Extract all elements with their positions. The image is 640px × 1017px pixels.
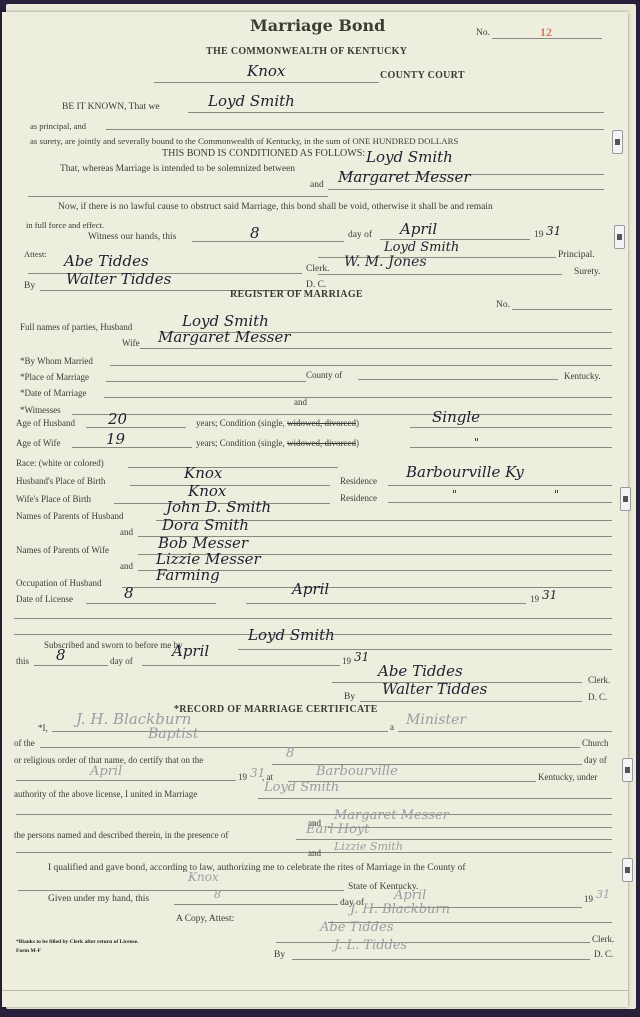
husband-father: John D. Smith [166,498,271,516]
attest-dc-signature: Walter Tiddes [66,270,171,288]
as-principal-label: as principal, and [30,121,86,131]
wife-parents-and: and [120,561,133,571]
license-date-label: Date of License [16,594,73,604]
church-name: Baptist [148,726,199,742]
year-prefix: 19 [534,230,544,240]
age-wife: 19 [106,430,125,448]
persons-named-text: the persons named and described therein,… [14,830,228,840]
husband-birth-label: Husband's Place of Birth [16,476,105,486]
now-if-text: Now, if there is no lawful cause to obst… [58,202,493,212]
bond-number: 12 [540,25,552,40]
by-whom-label: *By Whom Married [20,356,93,366]
party2-name: Margaret Messer [338,168,471,186]
principal-label: Principal. [558,250,595,260]
condition-husband-label: years; Condition (single, widowed, divor… [196,418,359,428]
place-label: *Place of Marriage [20,372,89,382]
parents-husband-label: Names of Parents of Husband [16,511,123,521]
occupation: Farming [156,566,220,584]
given-month: April [394,888,426,903]
form-number: Form M-F [16,948,41,954]
sworn-name: Loyd Smith [248,626,335,644]
and-label: and [310,180,324,190]
copy-clerk-label: Clerk. [592,934,614,944]
wife-birth-label: Wife's Place of Birth [16,494,91,504]
full-force-text: in full force and effect. [26,220,104,230]
copy-clerk-signature: Abe Tiddes [320,920,393,935]
county-court-label: COUNTY COURT [380,70,465,81]
bond-year: 31 [546,224,561,238]
age-husband: 20 [108,410,127,428]
kentucky-under-label: Kentucky, under [538,772,597,782]
church-label: Church [582,738,609,748]
officiant-signature: J. H. Blackburn [350,902,450,917]
license-day: 8 [124,584,134,602]
cert-year-prefix: 19 [238,772,247,782]
wife-residence-ditto-a: " [452,488,457,501]
surety-label: Surety. [574,267,601,277]
sworn-month: April [172,642,209,660]
surety-signature: W. M. Jones [344,254,427,270]
witness2-name: Lizzie Smith [334,840,403,853]
parents-wife-label: Names of Parents of Wife [16,545,109,555]
marriage-bond-document: Marriage Bond No. 12 THE COMMONWEALTH OF… [2,12,628,1007]
condition-husband: Single [432,408,480,426]
occupation-label: Occupation of Husband [16,578,101,588]
attest-label: Attest: [24,249,47,259]
condition-wife: " [474,436,479,449]
certificate-heading: *RECORD OF MARRIAGE CERTIFICATE [174,704,378,715]
qualified-text: I qualified and gave bond, according to … [48,863,466,873]
copy-dc-signature: J. L. Tiddes [334,938,407,953]
sworn-by-label: By [344,692,355,702]
husband-parents-and: and [120,527,133,537]
attest-by-label: By [24,281,35,291]
date-of-marriage-label: *Date of Marriage [20,388,86,398]
race-label: Race: (white or colored) [16,458,104,468]
license-year: 31 [542,588,557,602]
age-wife-label: Age of Wife [16,438,60,448]
whereas-label: That, whereas Marriage is intended to be… [60,164,295,174]
day-of-label: day of [348,230,372,240]
cert-i-label: *I, [38,723,48,733]
document-title: Marriage Bond [250,16,385,35]
sworn-year: 31 [354,650,369,664]
husband-birthplace: Knox [184,464,222,482]
husband-mother: Dora Smith [162,516,249,534]
cert-county: Knox [188,870,219,884]
cert-a-label: a [390,722,394,732]
sworn-day-of-label: day of [110,656,133,666]
license-year-prefix: 19 [530,594,539,604]
sworn-day: 8 [56,646,66,664]
cert-groom: Loyd Smith [264,780,339,795]
sworn-clerk-label: Clerk. [588,675,610,685]
principal-signature: Loyd Smith [384,240,459,255]
sworn-year-prefix: 19 [342,656,351,666]
footnote: *Blanks to be filled by Clerk after retu… [16,939,139,945]
license-month: April [292,580,329,598]
witness-and-label: and [308,848,321,858]
witnesses-and-label: and [294,397,307,407]
copy-dc-label: D. C. [594,949,613,959]
sworn-dc-label: D. C. [588,692,607,702]
cert-month: April [90,764,122,779]
witnesses-label: *Witnesses [20,405,61,415]
conditioned-heading: THIS BOND IS CONDITIONED AS FOLLOWS: [162,148,365,159]
copy-by-label: By [274,950,285,960]
attest-clerk-signature: Abe Tiddes [64,252,149,270]
husband-residence: Barbourville Ky [406,463,524,481]
county-of-label: County of [306,370,342,380]
husband-residence-label: Residence [340,476,377,486]
register-heading: REGISTER OF MARRIAGE [230,289,363,300]
officiant-title: Minister [406,712,466,728]
of-the-label: of the [14,738,35,748]
bond-day: 8 [250,224,260,242]
principal-name: Loyd Smith [208,92,295,110]
sworn-this-label: this [16,656,29,666]
number-label: No. [476,28,490,38]
bond-month: April [400,220,437,238]
given-hand-label: Given under my hand, this [48,894,149,904]
wife-residence-ditto-b: " [554,488,559,501]
husband-name-label: Full names of parties, Husband [20,322,132,332]
sworn-clerk-signature: Abe Tiddes [378,662,463,680]
register-no-label: No. [496,300,510,310]
binder-tab [620,487,631,511]
binder-tab [622,858,633,882]
given-year: 31 [596,888,610,901]
kentucky-label: Kentucky. [564,371,601,381]
given-year-prefix: 19 [584,894,593,904]
authority-text: authority of the above license, I united… [14,789,197,799]
party1-name: Loyd Smith [366,148,453,166]
be-it-known-label: BE IT KNOWN, That we [62,102,160,112]
sworn-dc-signature: Walter Tiddes [382,680,487,698]
cert-place: Barbourville [316,764,398,779]
binder-tab [622,758,633,782]
witness-hands-label: Witness our hands, this [88,232,176,242]
age-husband-label: Age of Husband [16,418,75,428]
wife-residence-label: Residence [340,493,377,503]
county-name: Knox [247,62,285,80]
cert-day-of-label: day of [584,755,607,765]
cert-bride: Margaret Messer [334,808,449,823]
commonwealth-heading: THE COMMONWEALTH OF KENTUCKY [206,46,407,57]
given-day: 8 [214,888,221,901]
binder-tab [612,130,623,154]
surety-text: as surety, are jointly and severally bou… [30,136,458,146]
cert-day: 8 [286,746,294,761]
copy-attest-label: A Copy, Attest: [176,914,234,924]
binder-tab [614,225,625,249]
register-wife: Margaret Messer [158,328,291,346]
attest-clerk-label: Clerk. [306,264,329,274]
wife-name-label: Wife [122,338,140,348]
condition-wife-label: years; Condition (single, widowed, divor… [196,438,359,448]
witness1-name: Earl Hoyt [306,822,369,837]
